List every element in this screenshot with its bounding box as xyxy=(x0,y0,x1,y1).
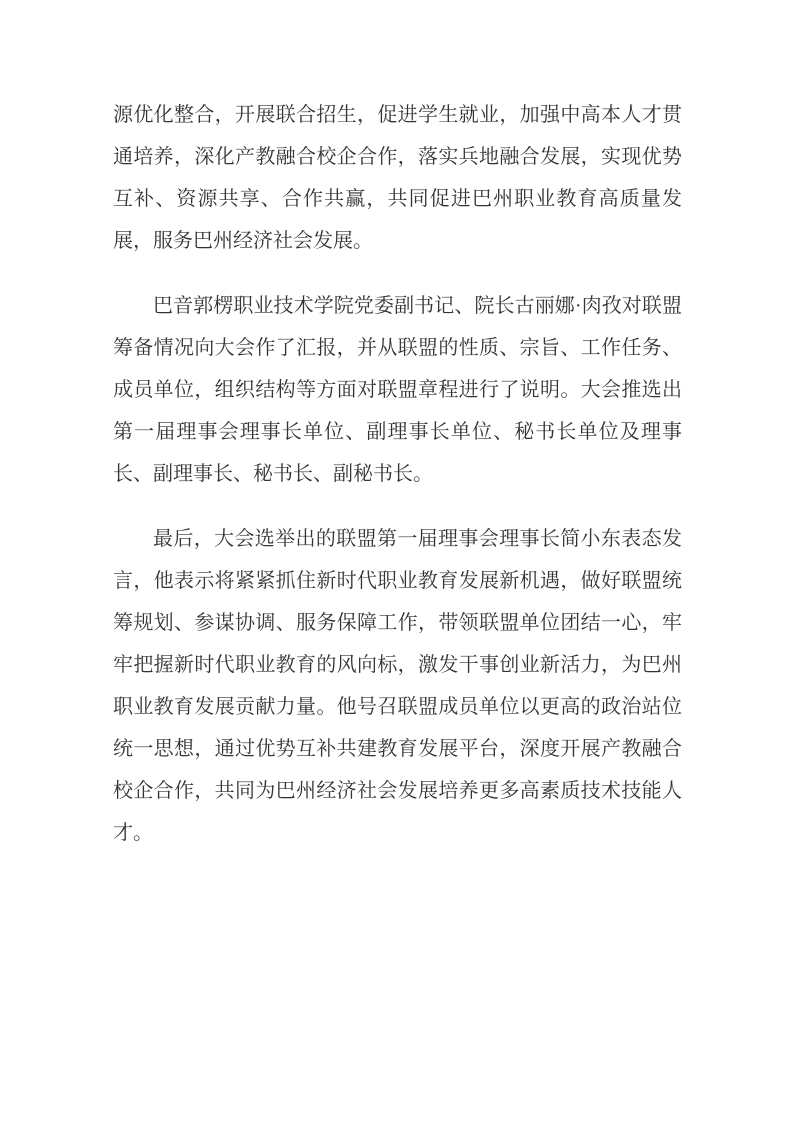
paragraph-continuation: 源优化整合，开展联合招生，促进学生就业，加强中高本人才贯通培养，深化产教融合校企… xyxy=(113,94,682,262)
paragraph-report: 巴音郭楞职业技术学院党委副书记、院长古丽娜·肉孜对联盟筹备情况向大会作了汇报，并… xyxy=(113,285,682,495)
paragraph-closing: 最后，大会选举出的联盟第一届理事会理事长简小东表态发言，他表示将紧紧抓住新时代职… xyxy=(113,518,682,854)
document-page: 源优化整合，开展联合招生，促进学生就业，加强中高本人才贯通培养，深化产教融合校企… xyxy=(0,0,793,1122)
